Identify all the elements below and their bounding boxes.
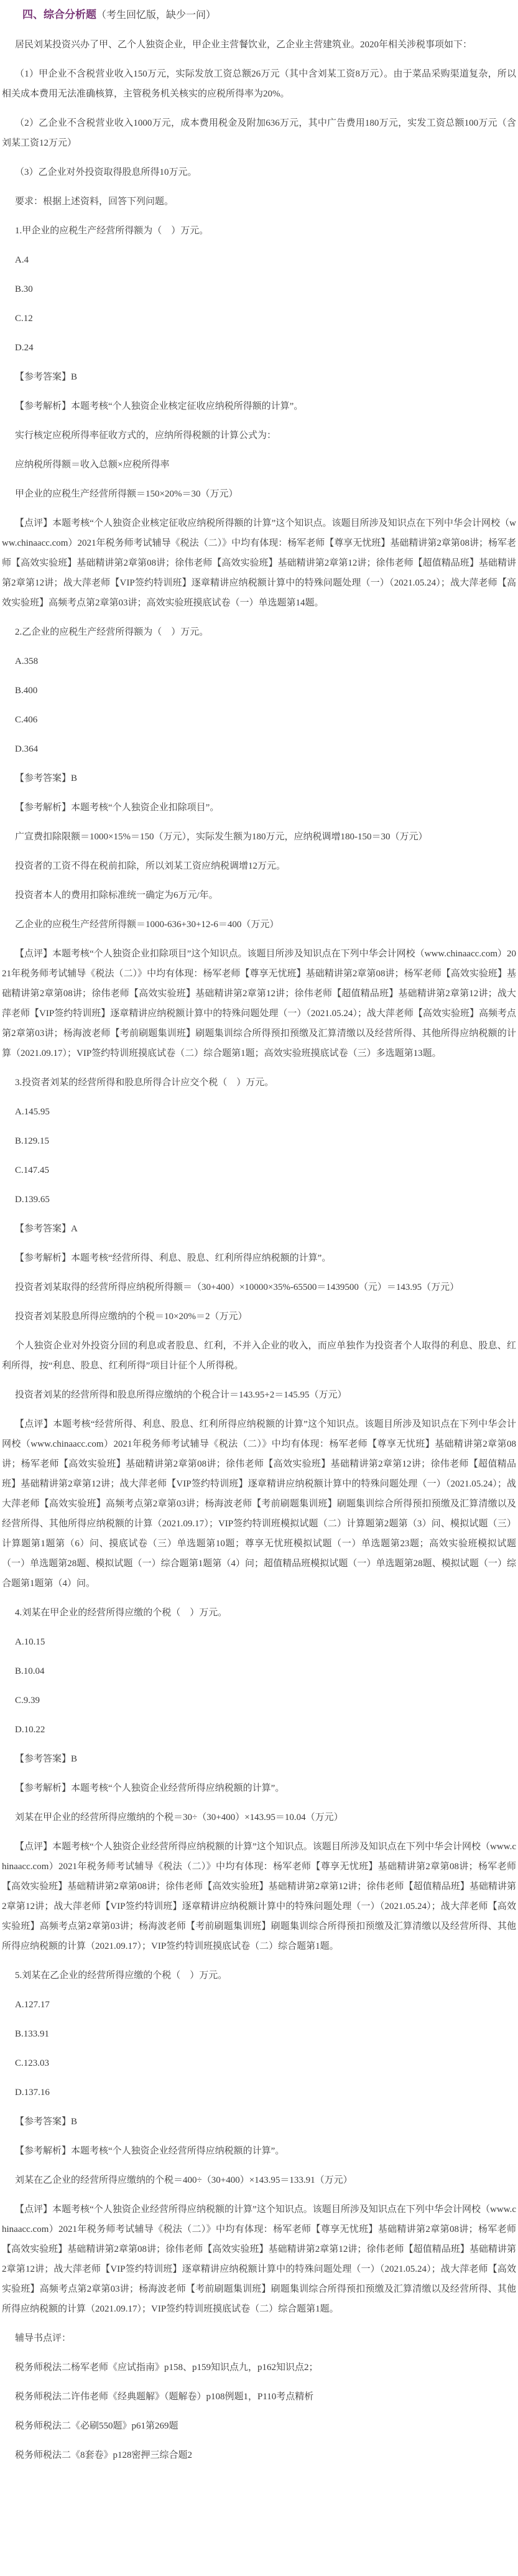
question-2-option-d: D.364 bbox=[2, 739, 516, 759]
intro-lead: 居民刘某投资兴办了甲、乙个人独资企业，甲企业主营餐饮业，乙企业主营建筑业。202… bbox=[2, 35, 516, 55]
question-3-analysis-1: 【参考解析】本题考核“经营所得、利息、股息、红利所得应纳税额的计算”。 bbox=[2, 1248, 516, 1268]
section-title: 四、综合分析题（考生回忆版，缺少一问） bbox=[2, 5, 516, 26]
question-2-analysis-3: 投资者的工资不得在税前扣除，所以刘某工资应纳税调增12万元。 bbox=[2, 856, 516, 876]
question-2-analysis-1: 【参考解析】本题考核“个人独资企业扣除项目”。 bbox=[2, 798, 516, 818]
question-4-stem: 4.刘某在甲企业的经营所得应缴的个税（ ）万元。 bbox=[2, 1603, 516, 1623]
question-4-analysis-1: 【参考解析】本题考核“个人独资企业经营所得应纳税额的计算”。 bbox=[2, 1778, 516, 1798]
question-2-stem: 2.乙企业的应税生产经营所得额为（ ）万元。 bbox=[2, 622, 516, 642]
question-2-option-c: C.406 bbox=[2, 710, 516, 730]
requirement-line: 要求：根据上述资料，回答下列问题。 bbox=[2, 192, 516, 212]
question-3-option-a: A.145.95 bbox=[2, 1102, 516, 1122]
question-5-option-a: A.127.17 bbox=[2, 1995, 516, 2015]
section-title-text: 四、综合分析题 bbox=[22, 9, 96, 21]
question-1-option-d: D.24 bbox=[2, 338, 516, 358]
question-2: 2.乙企业的应税生产经营所得额为（ ）万元。 A.358 B.400 C.406… bbox=[2, 622, 516, 1063]
question-3-option-b: B.129.15 bbox=[2, 1131, 516, 1151]
question-5-option-b: B.133.91 bbox=[2, 2024, 516, 2044]
question-3-option-d: D.139.65 bbox=[2, 1190, 516, 1210]
book-reviews: 辅导书点评： 税务师税法二杨军老师《应试指南》p158、p159知识点九，p16… bbox=[2, 2328, 516, 2465]
intro-fact-1: （1）甲企业不含税营业收入150万元，实际发放工资总额26万元（其中含刘某工资8… bbox=[2, 64, 516, 104]
question-3-analysis-4: 个人独资企业对外投资分回的利息或者股息、红利，不并入企业的收入，而应单独作为投资… bbox=[2, 1336, 516, 1376]
question-3-analysis-5: 投资者刘某的经营所得和股息所得应缴纳的个税合计＝143.95+2＝145.95（… bbox=[2, 1385, 516, 1405]
question-3-stem: 3.投资者刘某的经营所得和股息所得合计应交个税（ ）万元。 bbox=[2, 1073, 516, 1093]
exam-document: 四、综合分析题（考生回忆版，缺少一问） 居民刘某投资兴办了甲、乙个人独资企业，甲… bbox=[0, 0, 518, 2478]
question-1-analysis-4: 甲企业的应税生产经营所得额＝150×20%＝30（万元） bbox=[2, 484, 516, 504]
question-4: 4.刘某在甲企业的经营所得应缴的个税（ ）万元。 A.10.15 B.10.04… bbox=[2, 1603, 516, 1956]
question-4-analysis-2: 刘某在甲企业的经营所得应缴纳的个税＝30÷（30+400）×143.95＝10.… bbox=[2, 1808, 516, 1827]
question-4-option-a: A.10.15 bbox=[2, 1632, 516, 1652]
question-3-analysis-3: 投资者刘某股息所得应缴纳的个税＝10×20%＝2（万元） bbox=[2, 1307, 516, 1327]
book-review-item-3: 税务师税法二《必刷550题》p61第269题 bbox=[2, 2416, 516, 2436]
question-3-analysis-2: 投资者刘某取得的经营所得应纳税所得额＝（30+400）×10000×35%-65… bbox=[2, 1277, 516, 1297]
question-1-comment: 【点评】本题考核“个人独资企业核定征收应纳税所得额的计算”这个知识点。该题目所涉… bbox=[2, 513, 516, 613]
question-3-answer: 【参考答案】A bbox=[2, 1219, 516, 1239]
question-4-option-c: C.9.39 bbox=[2, 1691, 516, 1710]
question-1-option-c: C.12 bbox=[2, 309, 516, 329]
book-review-item-1: 税务师税法二杨军老师《应试指南》p158、p159知识点九，p162知识点2； bbox=[2, 2358, 516, 2378]
question-3-option-c: C.147.45 bbox=[2, 1160, 516, 1180]
question-2-analysis-4: 投资者本人的费用扣除标准统一确定为6万元/年。 bbox=[2, 885, 516, 905]
question-1: 1.甲企业的应税生产经营所得额为（ ）万元。 A.4 B.30 C.12 D.2… bbox=[2, 221, 516, 613]
question-5-option-d: D.137.16 bbox=[2, 2083, 516, 2102]
question-5-analysis-2: 刘某在乙企业的经营所得应缴纳的个税＝400÷（30+400）×143.95＝13… bbox=[2, 2170, 516, 2190]
question-4-comment: 【点评】本题考核“个人独资企业经营所得应纳税额的计算”这个知识点。该题目所涉及知… bbox=[2, 1837, 516, 1956]
question-1-option-b: B.30 bbox=[2, 279, 516, 299]
question-4-option-d: D.10.22 bbox=[2, 1720, 516, 1740]
intro-fact-3: （3）乙企业对外投资取得股息所得10万元。 bbox=[2, 162, 516, 182]
question-2-option-a: A.358 bbox=[2, 651, 516, 671]
question-5-comment: 【点评】本题考核“个人独资企业经营所得应纳税额的计算”这个知识点。该题目所涉及知… bbox=[2, 2200, 516, 2319]
question-4-answer: 【参考答案】B bbox=[2, 1749, 516, 1769]
question-5: 5.刘某在乙企业的经营所得应缴的个税（ ）万元。 A.127.17 B.133.… bbox=[2, 1966, 516, 2319]
question-1-analysis-2: 实行核定应税所得率征收方式的，应纳所得税额的计算公式为： bbox=[2, 426, 516, 446]
question-5-answer: 【参考答案】B bbox=[2, 2112, 516, 2132]
question-1-stem: 1.甲企业的应税生产经营所得额为（ ）万元。 bbox=[2, 221, 516, 241]
question-1-analysis-3: 应纳税所得额＝收入总额×应税所得率 bbox=[2, 455, 516, 475]
intro-fact-2: （2）乙企业不含税营业收入1000万元，成本费用税金及附加636万元，其中广告费… bbox=[2, 113, 516, 153]
book-review-item-4: 税务师税法二《8套卷》p128密押三综合题2 bbox=[2, 2445, 516, 2465]
question-2-option-b: B.400 bbox=[2, 681, 516, 701]
question-4-option-b: B.10.04 bbox=[2, 1661, 516, 1681]
question-3: 3.投资者刘某的经营所得和股息所得合计应交个税（ ）万元。 A.145.95 B… bbox=[2, 1073, 516, 1594]
question-5-analysis-1: 【参考解析】本题考核“个人独资企业经营所得应纳税额的计算”。 bbox=[2, 2141, 516, 2161]
question-3-comment: 【点评】本题考核“经营所得、利息、股息、红利所得应纳税额的计算”这个知识点。该题… bbox=[2, 1414, 516, 1594]
question-5-stem: 5.刘某在乙企业的经营所得应缴的个税（ ）万元。 bbox=[2, 1966, 516, 1986]
question-2-analysis-5: 乙企业的应税生产经营所得额＝1000-636+30+12-6＝400（万元） bbox=[2, 915, 516, 935]
question-1-answer: 【参考答案】B bbox=[2, 367, 516, 387]
question-1-analysis-1: 【参考解析】本题考核“个人独资企业核定征收应纳税所得额的计算”。 bbox=[2, 396, 516, 416]
question-1-option-a: A.4 bbox=[2, 250, 516, 270]
question-2-answer: 【参考答案】B bbox=[2, 768, 516, 788]
book-review-item-2: 税务师税法二许伟老师《经典题解》（题解卷）p108例题1，P110考点精析 bbox=[2, 2387, 516, 2407]
question-2-analysis-2: 广宣费扣除限额＝1000×15%＝150（万元），实际发生额为180万元，应纳税… bbox=[2, 827, 516, 847]
question-5-option-c: C.123.03 bbox=[2, 2053, 516, 2073]
book-reviews-title: 辅导书点评： bbox=[2, 2328, 516, 2348]
section-title-note: （考生回忆版，缺少一问） bbox=[96, 10, 216, 21]
question-2-comment: 【点评】本题考核“个人独资企业扣除项目”这个知识点。该题目所涉及知识点在下列中华… bbox=[2, 944, 516, 1063]
